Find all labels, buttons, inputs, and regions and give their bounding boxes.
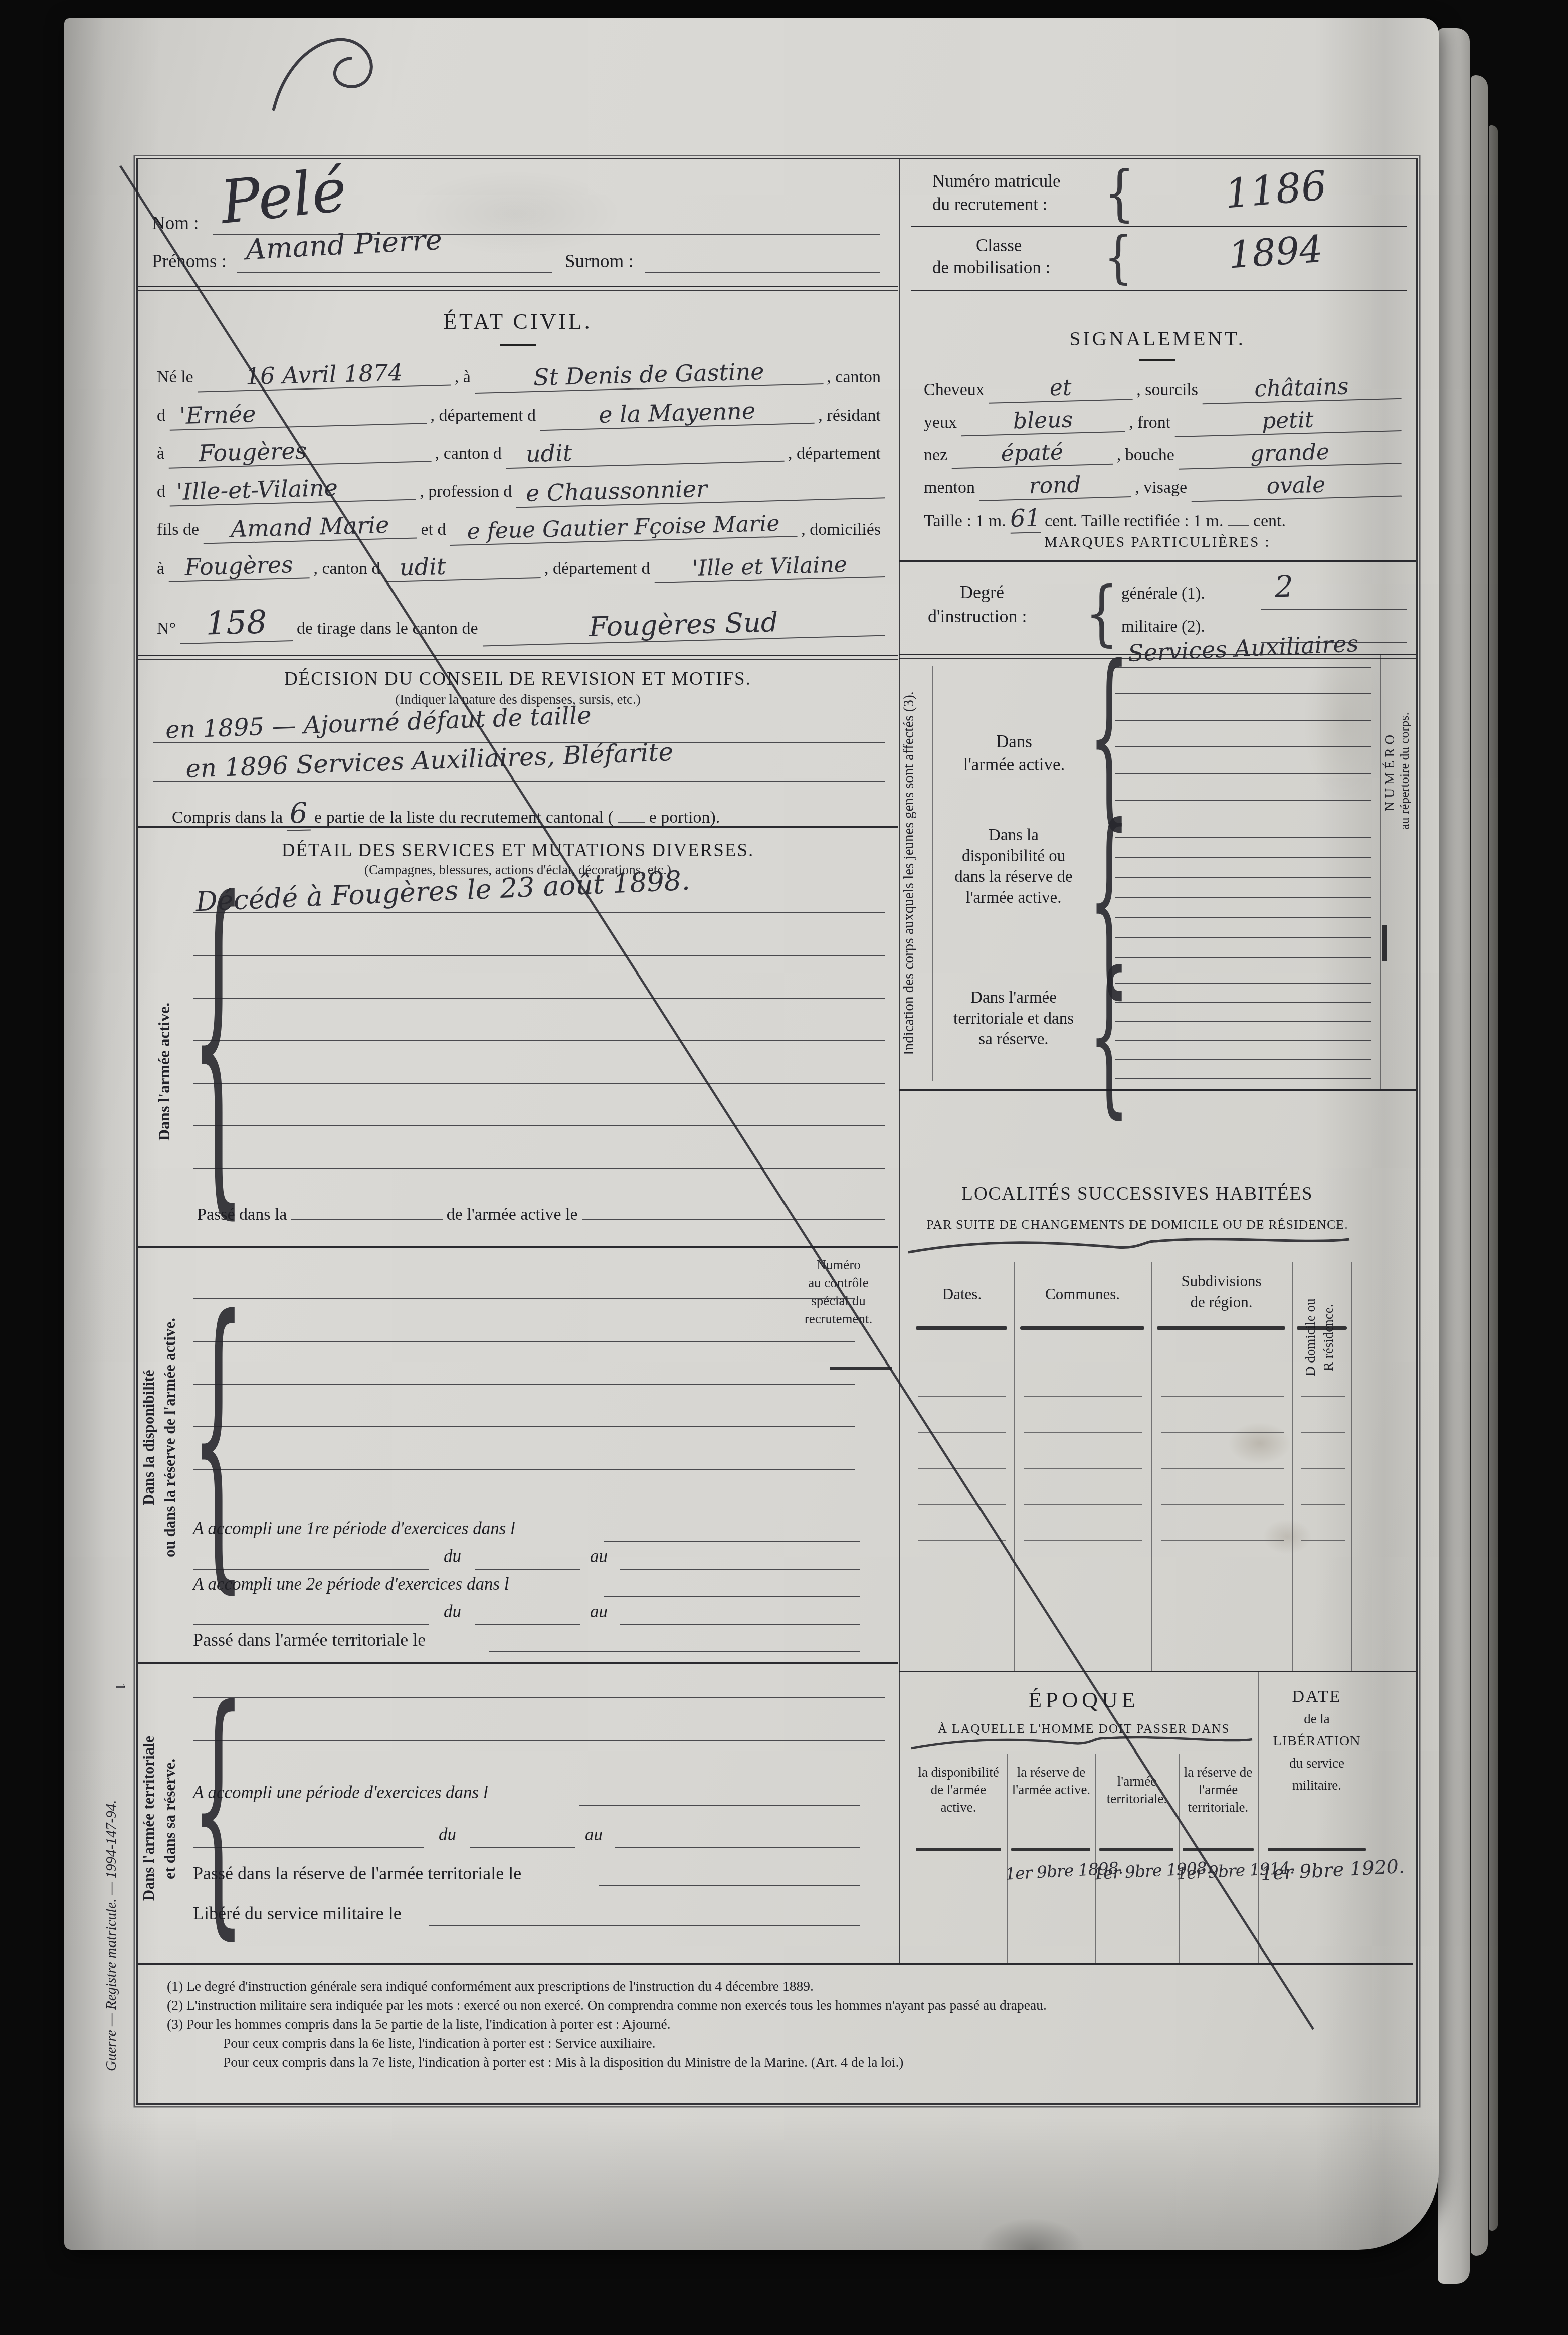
degre-label-2: d'instruction : bbox=[928, 606, 1027, 627]
generale-value: 2 bbox=[1274, 569, 1294, 604]
table-row-line bbox=[918, 1540, 1006, 1541]
ruled-line bbox=[1115, 957, 1371, 958]
table-row-line bbox=[1268, 1942, 1366, 1942]
col-dr-header-2: R résidence. bbox=[1321, 1255, 1336, 1420]
signalement-row-4: menton rond , visage ovale bbox=[920, 473, 1401, 499]
table-row-line bbox=[918, 1577, 1006, 1577]
profession: e Chaussonnier bbox=[516, 470, 885, 508]
signalement-row-3: nez épaté , bouche grande bbox=[920, 440, 1401, 467]
table-row-line bbox=[1301, 1432, 1345, 1433]
table-line bbox=[1179, 1754, 1180, 1963]
ruled-line bbox=[193, 912, 885, 913]
ruled-line bbox=[193, 1847, 424, 1848]
col-subdivisions-header-2: de région. bbox=[1151, 1293, 1292, 1311]
ruled-line bbox=[1115, 857, 1371, 858]
thick-mark bbox=[830, 1367, 892, 1370]
table-row-line bbox=[1268, 1895, 1366, 1895]
tirage-label: de tirage dans le canton de bbox=[297, 619, 478, 638]
side-label-territoriale-2: et dans sa réserve. bbox=[161, 1693, 179, 1944]
localites-subtitle: PAR SUITE DE CHANGEMENTS DE DOMICILE OU … bbox=[899, 1217, 1376, 1232]
ruled-line bbox=[193, 1697, 885, 1698]
brace: { bbox=[1104, 230, 1132, 286]
ruled-line bbox=[1115, 877, 1371, 878]
classe-label-2: de mobilisation : bbox=[932, 258, 1050, 278]
table-row-line bbox=[1301, 1613, 1345, 1613]
table-row-line bbox=[1161, 1396, 1284, 1397]
numero-repertoire-label-1: NUMÉRO bbox=[1382, 671, 1398, 871]
header-bar bbox=[1183, 1848, 1254, 1851]
numero-repertoire-label-2: au répertoire du corps. bbox=[1397, 661, 1412, 881]
header-bar bbox=[1011, 1848, 1090, 1851]
table-row-line bbox=[918, 1360, 1006, 1360]
ruled-line bbox=[1115, 773, 1371, 774]
classe-value: 1894 bbox=[1179, 224, 1372, 280]
domicilies-label: , domiciliés bbox=[801, 520, 881, 539]
au-label: au bbox=[590, 1602, 608, 1622]
ruled-line bbox=[193, 1298, 855, 1299]
periode-terr-label: A accompli une période d'exercices dans … bbox=[193, 1783, 488, 1803]
date-header-2: de la bbox=[1258, 1711, 1376, 1727]
localites-title: LOCALITÉS SUCCESSIVES HABITÉES bbox=[899, 1183, 1376, 1205]
table-row-line bbox=[1161, 1649, 1284, 1649]
ruled-line bbox=[193, 1569, 429, 1570]
ruled-line bbox=[1115, 1021, 1371, 1022]
yeux-value: bleus bbox=[960, 406, 1125, 437]
ruled-line bbox=[475, 1569, 580, 1570]
etat-civil-row-2: d 'Ernée , département d e la Mayenne , … bbox=[153, 399, 885, 427]
ruled-line bbox=[1115, 667, 1371, 668]
surnom-label: Surnom : bbox=[565, 251, 634, 272]
header-bar bbox=[916, 1848, 1001, 1851]
table-row-line bbox=[1161, 1540, 1284, 1541]
a-label: à bbox=[157, 559, 164, 578]
footnote-2: (2) L'instruction militaire sera indiqué… bbox=[167, 1997, 1047, 2013]
d-label: d bbox=[157, 406, 165, 425]
ruled-line bbox=[645, 272, 880, 273]
controle-note-4: recrutement. bbox=[785, 1311, 892, 1327]
services-title: DÉTAIL DES SERVICES ET MUTATIONS DIVERSE… bbox=[138, 840, 898, 861]
departement-label: , département d bbox=[544, 559, 650, 578]
page-stack-edge-2 bbox=[1471, 75, 1488, 2256]
blank-line bbox=[582, 1219, 885, 1220]
bouche-label: , bouche bbox=[1117, 446, 1174, 465]
footnote-4: Pour ceux compris dans la 6e liste, l'in… bbox=[223, 2035, 656, 2051]
ruled-line bbox=[193, 1040, 885, 1041]
table-row-line bbox=[1301, 1396, 1345, 1397]
passe-label: Passé dans la bbox=[197, 1205, 287, 1224]
au-label: au bbox=[590, 1546, 608, 1567]
ruled-line bbox=[193, 1384, 855, 1385]
profession-label: , profession d bbox=[420, 482, 512, 501]
corps-g3-label: Dans l'armée territoriale et dans sa rés… bbox=[951, 988, 1076, 1050]
sourcils-value: châtains bbox=[1202, 372, 1401, 404]
a-label: , à bbox=[455, 368, 471, 387]
sourcils-label: , sourcils bbox=[1136, 380, 1198, 400]
col-dr-header-1: D domicile ou bbox=[1303, 1255, 1318, 1420]
periode1-label: A accompli une 1re période d'exercices d… bbox=[193, 1519, 515, 1539]
decision-entry-1: en 1895 — Ajourné défaut de taille bbox=[165, 701, 592, 744]
ruled-line bbox=[153, 781, 885, 782]
corps-g2-label: Dans la disponibilité ou dans la réserve… bbox=[951, 825, 1076, 908]
signalement-title: SIGNALEMENT. bbox=[899, 327, 1416, 350]
table-line bbox=[1007, 1754, 1008, 1963]
ruled-line bbox=[1115, 1002, 1371, 1003]
table-row-line bbox=[1301, 1540, 1345, 1541]
col-subdivisions-header-1: Subdivisions bbox=[1151, 1272, 1292, 1290]
table-row-line bbox=[1161, 1613, 1284, 1613]
table-line bbox=[1351, 1262, 1352, 1671]
table-line bbox=[1292, 1262, 1293, 1671]
matricule-label-2: du recrutement : bbox=[932, 194, 1047, 215]
generale-label: générale (1). bbox=[1121, 585, 1205, 603]
matricule-label-1: Numéro matricule bbox=[932, 171, 1061, 191]
compris-label-3: e portion). bbox=[649, 808, 720, 827]
ruled-line bbox=[1115, 746, 1371, 747]
table-row-line bbox=[1011, 1895, 1090, 1895]
ruled-line bbox=[599, 1885, 860, 1886]
header-bar bbox=[1297, 1326, 1347, 1330]
column-divider bbox=[899, 159, 900, 1963]
section-brace: { bbox=[191, 1280, 245, 1593]
cent-label: cent. bbox=[1253, 512, 1286, 531]
departement-label: , département d bbox=[431, 406, 536, 425]
nez-value: épaté bbox=[951, 438, 1113, 469]
epoque-col1-header: la disponibilité de l'armée active. bbox=[912, 1764, 1005, 1816]
ruled-line bbox=[237, 272, 552, 273]
table-row-line bbox=[916, 1895, 1001, 1895]
spine-note: Guerre — Registre matricule. — 1994-147-… bbox=[103, 1702, 120, 2169]
epoque-value-territoriale: 1er 9bre 1908. bbox=[1093, 1860, 1179, 1884]
header-bar bbox=[916, 1326, 1007, 1330]
yeux-label: yeux bbox=[924, 413, 957, 432]
etat-civil-row-6: à Fougères , canton d udit , département… bbox=[153, 552, 885, 580]
militaire-label: militaire (2). bbox=[1121, 618, 1205, 636]
a-label: à bbox=[157, 444, 164, 463]
libere-label: Libéré du service militaire le bbox=[193, 1903, 402, 1924]
table-row-line bbox=[918, 1504, 1006, 1505]
ruled-line bbox=[604, 1541, 860, 1542]
table-row-line bbox=[1099, 1942, 1173, 1942]
mere: e feue Gautier Fçoise Marie bbox=[450, 510, 798, 546]
epoque-value-disponibilite bbox=[912, 1859, 1005, 1864]
etat-civil-title: ÉTAT CIVIL. bbox=[138, 309, 898, 334]
ruled-line bbox=[1115, 983, 1371, 984]
matricule-value: 1186 bbox=[1179, 158, 1373, 222]
side-label-armee-active: Dans l'armée active. bbox=[155, 961, 173, 1182]
table-row-line bbox=[1161, 1504, 1284, 1505]
etat-civil-row-4: d 'Ille-et-Vilaine , profession d e Chau… bbox=[153, 475, 885, 503]
ruled-line bbox=[1115, 1040, 1371, 1041]
section-divider bbox=[138, 1662, 898, 1667]
et-de-label: et d bbox=[421, 520, 446, 539]
header-bar bbox=[1268, 1848, 1366, 1851]
signalement-row-2: yeux bleus , front petit bbox=[920, 408, 1401, 434]
corps-g1-label-2: l'armée active. bbox=[954, 755, 1074, 775]
table-row-line bbox=[1024, 1360, 1142, 1360]
spine-page-number: 1 bbox=[112, 1683, 129, 1691]
passe-reserve-terr-label: Passé dans la réserve de l'armée territo… bbox=[193, 1863, 521, 1884]
table-row-line bbox=[918, 1649, 1006, 1649]
ruled-line bbox=[1115, 1078, 1371, 1079]
table-line bbox=[1014, 1262, 1015, 1671]
date-header-4: du service bbox=[1258, 1756, 1376, 1771]
table-row-line bbox=[1024, 1468, 1142, 1469]
ruled-line bbox=[1115, 800, 1371, 801]
ne-le-label: Né le bbox=[157, 368, 193, 387]
departement-naissance: e la Mayenne bbox=[539, 396, 815, 431]
ruled-line bbox=[1115, 937, 1371, 938]
table-row-line bbox=[918, 1468, 1006, 1469]
ruled-line bbox=[193, 998, 885, 999]
canton-residence: udit bbox=[505, 434, 784, 469]
section-brace: { bbox=[191, 1675, 245, 1940]
compris-label-2: e partie de la liste du recrutement cant… bbox=[314, 808, 614, 827]
section-divider bbox=[138, 655, 898, 660]
du-label: du bbox=[444, 1546, 461, 1567]
departement-label: , département bbox=[788, 444, 881, 463]
ruled-line bbox=[193, 1740, 885, 1741]
header-bar bbox=[1157, 1326, 1285, 1330]
menton-label: menton bbox=[924, 478, 975, 497]
table-line bbox=[1151, 1262, 1152, 1671]
ruled-line bbox=[620, 1624, 860, 1625]
date-header-5: militaire. bbox=[1258, 1778, 1376, 1793]
table-row-line bbox=[918, 1613, 1006, 1613]
section-brace: { bbox=[191, 857, 245, 1218]
side-label-territoriale-1: Dans l'armée territoriale bbox=[140, 1693, 158, 1944]
bouche-value: grande bbox=[1178, 437, 1401, 470]
corps-side-label: Indication des corps auxquels les jeunes… bbox=[901, 661, 917, 1086]
degre-label-1: Degré bbox=[960, 581, 1004, 603]
section-divider bbox=[138, 1246, 898, 1251]
visage-value: ovale bbox=[1191, 470, 1402, 502]
ruled-line bbox=[429, 1925, 860, 1926]
epoque-col3-header: l'armée territoriale. bbox=[1097, 1773, 1177, 1808]
table-row-line bbox=[1183, 1942, 1254, 1942]
numero-column-divider bbox=[1380, 654, 1381, 1089]
fils-de-label: fils de bbox=[157, 520, 199, 539]
epoque-value-reserve-terr: 1er 9bre 1914. bbox=[1176, 1860, 1258, 1883]
periode2-label: A accompli une 2e période d'exercices da… bbox=[193, 1574, 509, 1594]
ruled-line bbox=[615, 1847, 860, 1848]
section-divider bbox=[138, 826, 898, 831]
pen-flourish bbox=[274, 40, 371, 109]
canton-domicile: udit bbox=[384, 550, 541, 582]
footnote-5: Pour ceux compris dans la 7e liste, l'in… bbox=[223, 2054, 904, 2070]
birth-place: St Denis de Gastine bbox=[474, 356, 823, 394]
footnote-1: (1) Le degré d'instruction générale sera… bbox=[167, 1978, 814, 1994]
table-row-line bbox=[1024, 1432, 1142, 1433]
epoque-col4-header: la réserve de l'armée territoriale. bbox=[1181, 1764, 1256, 1816]
table-row-line bbox=[1301, 1649, 1345, 1649]
armee-active-label: de l'armée active le bbox=[447, 1205, 578, 1224]
cheveux-value: et bbox=[988, 373, 1133, 404]
table-row-line bbox=[1011, 1942, 1090, 1942]
brace: { bbox=[1104, 163, 1135, 224]
section-divider bbox=[899, 1089, 1416, 1094]
table-row-line bbox=[1099, 1895, 1173, 1895]
prenoms-label: Prénoms : bbox=[152, 251, 227, 272]
table-row-line bbox=[1024, 1540, 1142, 1541]
ruled-line bbox=[475, 1624, 580, 1625]
residence: Fougères bbox=[168, 434, 431, 469]
ruled-line bbox=[193, 1083, 885, 1084]
table-row-line bbox=[1024, 1504, 1142, 1505]
departement-residence: 'Ille-et-Vilaine bbox=[169, 472, 416, 507]
page-stack-edge-3 bbox=[1489, 125, 1498, 2231]
ruled-line bbox=[489, 1651, 860, 1652]
title-rule bbox=[1139, 359, 1175, 361]
epoque-col2-header: la réserve de l'armée active. bbox=[1009, 1764, 1093, 1799]
table-row-line bbox=[1301, 1504, 1345, 1505]
ruled-line bbox=[1115, 693, 1371, 694]
canton-naissance: 'Ernée bbox=[169, 396, 427, 430]
passe-active-row: Passé dans la de l'armée active le bbox=[193, 1205, 885, 1224]
ruled-line bbox=[604, 1596, 860, 1597]
header-bar bbox=[1020, 1326, 1144, 1330]
footnote-divider bbox=[138, 1963, 1413, 1968]
ruled-line bbox=[1115, 917, 1371, 918]
tirage-row: N° 158 de tirage dans le canton de Fougè… bbox=[153, 605, 885, 643]
register-page: Guerre — Registre matricule. — 1994-147-… bbox=[64, 18, 1439, 2250]
controle-note-1: Numéro bbox=[785, 1257, 892, 1273]
etat-civil-row-3: à Fougères , canton d udit , département bbox=[153, 437, 885, 465]
du-label: du bbox=[439, 1825, 456, 1845]
ruled-line bbox=[193, 1426, 855, 1427]
group-brace: { bbox=[1088, 950, 1130, 1121]
front-label: , front bbox=[1129, 413, 1170, 432]
side-label-disponibilite-2: ou dans la réserve de l'armée active. bbox=[161, 1277, 179, 1598]
departement-domicile: 'Ille et Vilaine bbox=[654, 551, 885, 583]
birth-date: 16 Avril 1874 bbox=[197, 357, 451, 392]
menton-value: rond bbox=[978, 471, 1131, 501]
decision-title: DÉCISION DU CONSEIL DE REVISION ET MOTIF… bbox=[138, 668, 898, 690]
ruled-line bbox=[1261, 609, 1407, 610]
blank-line bbox=[1228, 525, 1249, 526]
ruled-line bbox=[193, 1341, 855, 1342]
tirage-number: 158 bbox=[179, 603, 293, 644]
controle-note-2: au contrôle bbox=[785, 1275, 892, 1291]
col-communes-header: Communes. bbox=[1014, 1285, 1151, 1303]
table-row-line bbox=[918, 1432, 1006, 1433]
nom-value: Pelé bbox=[217, 155, 350, 237]
title-rule bbox=[500, 344, 536, 346]
epoque-value-reserve-active: 1er 9bre 1898. bbox=[1005, 1859, 1096, 1883]
thick-mark bbox=[1382, 925, 1387, 961]
numero-label: N° bbox=[157, 619, 176, 638]
section-divider bbox=[138, 286, 898, 291]
canton-label: , canton d bbox=[435, 444, 502, 463]
decision-entry-2: en 1896 Services Auxiliaires, Bléfarite bbox=[185, 737, 674, 784]
pere: Amand Marie bbox=[203, 510, 417, 544]
taille-value: 61 bbox=[1010, 504, 1041, 534]
table-row-line bbox=[1301, 1360, 1345, 1360]
table-row-line bbox=[1301, 1468, 1345, 1469]
ruled-line bbox=[193, 955, 885, 956]
nom-label: Nom : bbox=[152, 213, 199, 234]
table-row-line bbox=[916, 1942, 1001, 1942]
visage-label: , visage bbox=[1135, 478, 1187, 497]
page-stack-edge-1 bbox=[1438, 28, 1470, 2284]
etat-civil-row-5: fils de Amand Marie et d e feue Gautier … bbox=[153, 513, 885, 541]
ruled-line bbox=[193, 1469, 855, 1470]
etat-civil-row-1: Né le 16 Avril 1874 , à St Denis de Gast… bbox=[153, 361, 885, 389]
date-header-1: DATE bbox=[1258, 1687, 1376, 1706]
front-value: petit bbox=[1174, 405, 1402, 437]
taille-rectifiee-label: cent. Taille rectifiée : 1 m. bbox=[1045, 512, 1224, 531]
ruled-line bbox=[193, 1624, 429, 1625]
matricule-form: Nom : Pelé Prénoms : Amand Pierre Surnom… bbox=[136, 158, 1418, 2105]
col-dates-header: Dates. bbox=[910, 1285, 1014, 1303]
ruled-line bbox=[620, 1569, 860, 1570]
ruled-line bbox=[1115, 837, 1371, 838]
compris-label: Compris dans la bbox=[172, 808, 283, 827]
controle-note-3: spécial du bbox=[785, 1293, 892, 1309]
header-bar bbox=[1099, 1848, 1173, 1851]
table-row-line bbox=[1161, 1432, 1284, 1433]
taille-label: Taille : 1 m. bbox=[924, 512, 1006, 531]
du-label: du bbox=[444, 1602, 461, 1622]
ruled-line bbox=[579, 1805, 860, 1806]
date-header-3: LIBÉRATION bbox=[1258, 1733, 1376, 1749]
table-row-line bbox=[1161, 1468, 1284, 1469]
tirage-canton: Fougères Sud bbox=[482, 603, 885, 646]
residant-label: , résidant bbox=[818, 406, 881, 425]
ruled-line bbox=[470, 1847, 575, 1848]
nez-label: nez bbox=[924, 446, 947, 465]
ruled-line bbox=[193, 1168, 885, 1169]
marques-label: MARQUES PARTICULIÈRES : bbox=[899, 534, 1416, 551]
section-divider bbox=[899, 560, 1416, 565]
table-bottom-line bbox=[899, 1671, 1416, 1672]
domicile: Fougères bbox=[168, 550, 310, 582]
table-row-line bbox=[1024, 1613, 1142, 1613]
ruled-line bbox=[1115, 1059, 1371, 1060]
ruled-line bbox=[1115, 720, 1371, 721]
ruled-line bbox=[193, 1125, 885, 1126]
table-row-line bbox=[1301, 1577, 1345, 1577]
table-row-line bbox=[1161, 1360, 1284, 1360]
table-row-line bbox=[1183, 1895, 1254, 1895]
corps-g1-label-1: Dans bbox=[954, 732, 1074, 752]
au-label: au bbox=[585, 1825, 603, 1845]
table-row-line bbox=[918, 1396, 1006, 1397]
table-row-line bbox=[1161, 1577, 1284, 1577]
epoque-title: ÉPOQUE bbox=[910, 1687, 1258, 1713]
compris-portion-blank bbox=[618, 822, 645, 823]
blank-line bbox=[291, 1219, 442, 1220]
box-line bbox=[911, 290, 1407, 291]
table-row-line bbox=[1024, 1396, 1142, 1397]
table-row-line bbox=[1024, 1649, 1142, 1649]
signalement-row-1: Cheveux et , sourcils châtains bbox=[920, 375, 1401, 402]
cheveux-label: Cheveux bbox=[924, 380, 985, 400]
compris-row: Compris dans la 6 e partie de la liste d… bbox=[168, 797, 870, 831]
corps-side-rule bbox=[932, 666, 933, 1081]
canton-label: , canton d bbox=[313, 559, 380, 578]
table-line bbox=[1095, 1754, 1096, 1963]
book-background: Guerre — Registre matricule. — 1994-147-… bbox=[0, 0, 1568, 2335]
epoque-subtitle: À LAQUELLE L'HOMME DOIT PASSER DANS bbox=[910, 1722, 1258, 1736]
classe-label-1: Classe bbox=[976, 236, 1022, 256]
ruled-line bbox=[1115, 897, 1371, 898]
side-label-disponibilite-1: Dans la disponibilité bbox=[140, 1277, 158, 1598]
d-label: d bbox=[157, 482, 165, 501]
taille-row: Taille : 1 m. 61 cent. Taille rectifiée … bbox=[920, 504, 1401, 533]
canton-label: , canton bbox=[827, 368, 881, 387]
passe-territoriale-label: Passé dans l'armée territoriale le bbox=[193, 1629, 426, 1650]
footnote-3: (3) Pour les hommes compris dans la 5e p… bbox=[167, 2016, 671, 2032]
